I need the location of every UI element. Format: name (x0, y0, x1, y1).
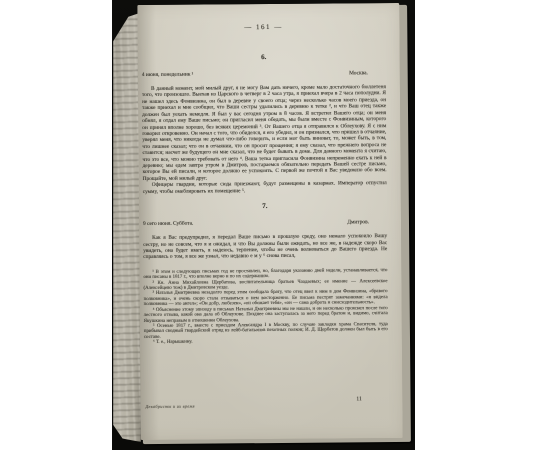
left-page-gutter-edge (113, 9, 141, 442)
letter-7-paragraph: Как я Вас предупредил, я передал Ваше пи… (143, 233, 387, 261)
book-photo: — 161 — 6. 4 июня, понедельник ¹ Москва.… (112, 0, 415, 450)
footnote-5: ⁵ Осенью 1817 г., вместе с приездом Алек… (144, 322, 388, 340)
letter-6-place: Москва. (349, 70, 368, 76)
letter-6-paragraph: В данный момент, мой милый друг, я не мо… (142, 84, 387, 182)
letter-7-date: 9 сего июня. Суббота. (143, 221, 193, 227)
letter-6-date: 4 июня, понедельник ¹ (142, 72, 193, 78)
footnote-4: ⁴ Объяснение этому эпизоду в письмах Нат… (144, 306, 388, 324)
printer-signature-number: 11 (356, 396, 361, 402)
letter-6-number: 6. (142, 30, 386, 62)
letter-6-dateline: 4 июня, понедельник ¹ Москва. (142, 70, 386, 78)
footnote-3: ³ Наталья Дмитриевна незадолго перед эти… (144, 290, 388, 308)
letter-7-place: Дмитров. (347, 219, 369, 225)
page-number: — 161 — (141, 3, 385, 32)
page-content: — 161 — 6. 4 июня, понедельник ¹ Москва.… (137, 3, 402, 440)
letter-7-dateline: 9 сего июня. Суббота. Дмитров. (143, 219, 387, 227)
footnote-6: ⁶ Т. е., Нарышкину. (144, 338, 388, 345)
screenshot-canvas: — 161 — 6. 4 июня, понедельник ¹ Москва.… (0, 0, 550, 450)
printer-signature-title: Декабристы и их время (145, 404, 194, 409)
footnotes-block: ¹ В этом и следующих письмах год не прос… (143, 268, 388, 346)
letter-7-number: 7. (143, 193, 387, 211)
book-right-page: — 161 — 6. 4 июня, понедельник ¹ Москва.… (137, 3, 402, 440)
